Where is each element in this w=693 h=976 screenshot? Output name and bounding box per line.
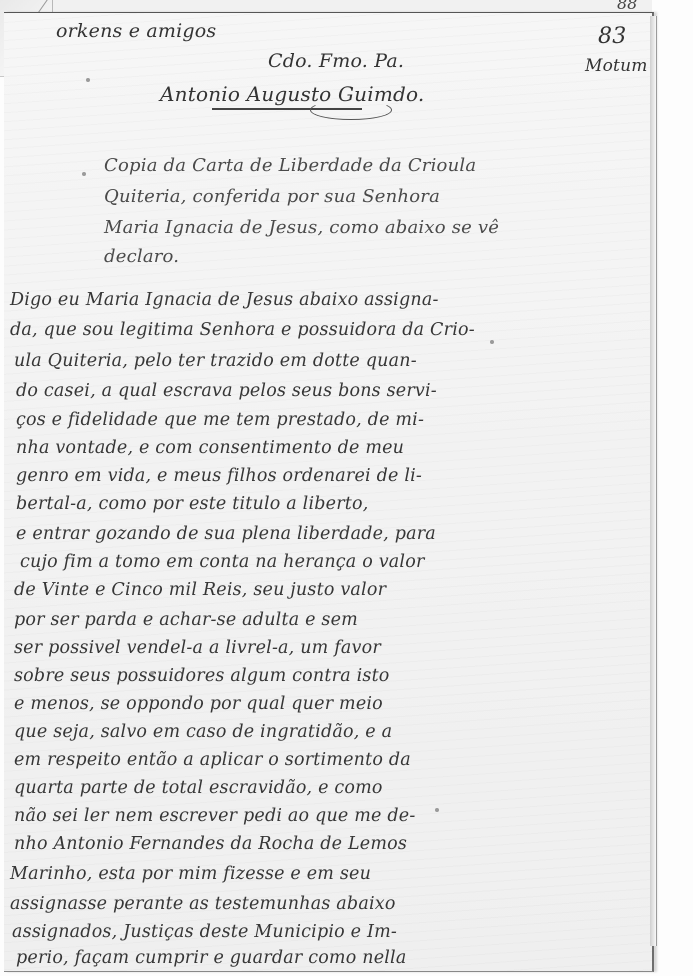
body-line: ços e fidelidade que me tem prestado, de… xyxy=(16,410,424,430)
body-line: e menos, se oppondo por qual quer meio xyxy=(14,694,383,714)
body-line: genro em vida, e meus filhos ordenarei d… xyxy=(16,466,422,486)
header-line-2-right: Motum xyxy=(585,56,648,76)
title-line-2: Quiteria, conferida por sua Senhora xyxy=(104,186,440,207)
body-line: nha vontade, e com consentimento de meu xyxy=(16,438,404,458)
header-line-3-signature: Antonio Augusto Guimdo. xyxy=(160,82,424,106)
body-line: perio, façam cumprir e guardar como nell… xyxy=(16,948,406,968)
paper-speck xyxy=(490,340,494,344)
body-line: nho Antonio Fernandes da Rocha de Lemos xyxy=(14,834,407,854)
body-line: Digo eu Maria Ignacia de Jesus abaixo as… xyxy=(10,290,439,310)
body-line: do casei, a qual escrava pelos seus bons… xyxy=(16,381,437,401)
body-line: por ser parda e achar-se adulta e sem xyxy=(14,610,358,630)
header-line-1: orkens e amigos xyxy=(56,20,216,42)
header-line-2-left: Cdo. Fmo. Pa. xyxy=(268,50,404,72)
body-line: Marinho, esta por mim fizesse e em seu xyxy=(10,864,371,884)
body-line: quarta parte de total escravidão, e como xyxy=(14,778,383,798)
folio-number: 83 xyxy=(598,24,626,49)
paper-speck xyxy=(82,172,86,176)
paper-speck xyxy=(435,808,439,812)
body-line: assignados, Justiças deste Municipio e I… xyxy=(12,922,397,942)
body-line: que seja, salvo em caso de ingratidão, e… xyxy=(14,722,392,742)
body-line: ula Quiteria, pelo ter trazido em dotte … xyxy=(14,351,417,371)
body-line: da, que sou legitima Senhora e possuidor… xyxy=(10,320,475,340)
paper-speck xyxy=(86,78,90,82)
body-line: cujo fim a tomo em conta na herança o va… xyxy=(20,552,425,572)
body-line: sobre seus possuidores algum contra isto xyxy=(14,666,390,686)
body-line: bertal-a, como por este titulo a liberto… xyxy=(16,494,369,514)
page-edge-shadow xyxy=(650,16,657,946)
body-line: assignasse perante as testemunhas abaixo xyxy=(10,894,396,914)
paper-speck xyxy=(150,671,154,675)
body-line: não sei ler nem escrever pedi ao que me … xyxy=(14,806,415,826)
signature-flourish xyxy=(310,100,392,120)
body-line: em respeito então a aplicar o sortimento… xyxy=(14,750,411,770)
scanned-manuscript: 88 orkens e amigos 83 Cdo. Fmo. Pa. Motu… xyxy=(0,0,693,976)
title-line-4: declaro. xyxy=(104,246,179,267)
body-line: de Vinte e Cinco mil Reis, seu justo val… xyxy=(14,580,386,600)
body-line: e entrar gozando de sua plena liberdade,… xyxy=(16,524,436,544)
title-line-1: Copia da Carta de Liberdade da Crioula xyxy=(104,155,476,176)
body-line: ser possivel vendel-a a livrel-a, um fav… xyxy=(14,638,381,658)
title-line-3: Maria Ignacia de Jesus, como abaixo se v… xyxy=(104,217,499,238)
